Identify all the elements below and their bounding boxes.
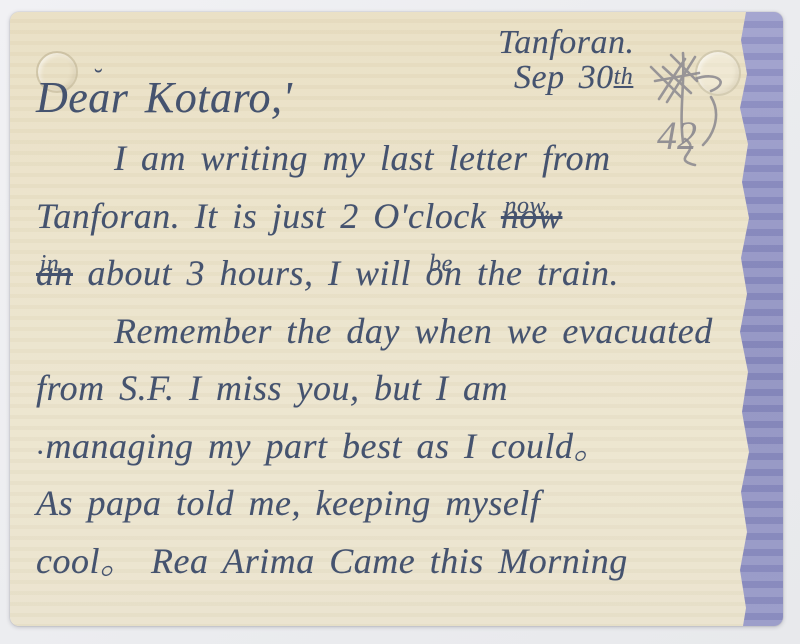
letter-line: Tanforan. It is just 2 O'clock now,now <box>36 188 733 246</box>
letter-line: cool。 Rea Arima Came this Morning <box>36 533 733 591</box>
corrected-phrase: inan <box>36 253 73 293</box>
corrected-phrase: beon the train. <box>426 253 620 293</box>
letter-text: from S.F. I miss you, but I am <box>36 368 508 408</box>
letter-text: about 3 hours, I will <box>73 253 426 293</box>
salutation: Dear Kotaro,' <box>36 72 292 123</box>
letter-line: Remember the day when we evacuated <box>36 303 733 361</box>
letter-line: from S.F. I miss you, but I am <box>36 360 733 418</box>
letter-line: I am writing my last letter from <box>36 130 733 188</box>
letter-text: I am writing my last letter from <box>114 138 611 178</box>
letter-paper: Tanforan. Sep 30th 42 ˘ Dear Kotaro,' I … <box>10 12 783 626</box>
letter-text: managing my part best as I could。 <box>46 426 610 466</box>
letter-line: ·managing my part best as I could。 <box>36 418 733 476</box>
inserted-word: be <box>429 252 453 276</box>
letter-body: I am writing my last letter fromTanforan… <box>36 130 733 590</box>
header-place: Tanforan. <box>498 24 634 62</box>
letter-text: cool。 Rea Arima Came this Morning <box>36 541 628 581</box>
stray-ink-dot: · <box>36 436 44 469</box>
letter-text: Remember the day when we evacuated <box>114 311 713 351</box>
letter-line: inan about 3 hours, I will beon the trai… <box>36 245 733 303</box>
inserted-word: now, <box>504 194 550 218</box>
letter-text: As papa told me, keeping myself <box>36 483 540 523</box>
letter-text: Tanforan. It is just 2 O'clock <box>36 196 501 236</box>
corrected-phrase: now,now <box>501 196 563 236</box>
inserted-word: in <box>40 252 60 276</box>
header-date-day: Sep 30 <box>514 59 614 96</box>
letter-text: on the train. <box>426 253 620 293</box>
header-date: Sep 30th <box>514 59 633 97</box>
letter-line: As papa told me, keeping myself <box>36 475 733 533</box>
